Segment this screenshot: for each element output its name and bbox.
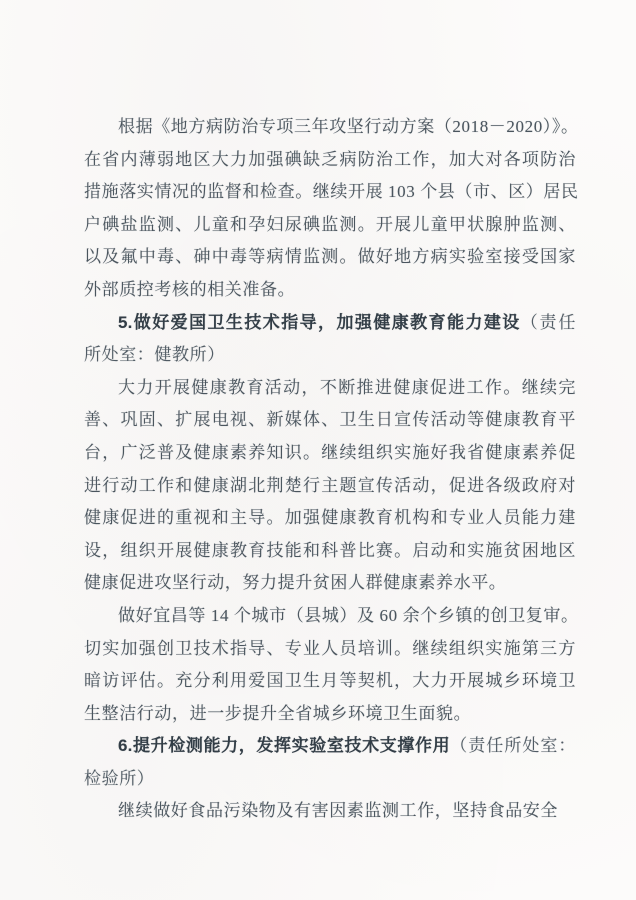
paragraph-food-safety-monitoring: 继续做好食品污染物及有害因素监测工作，坚持食品安全: [84, 795, 576, 828]
body-text: 健康促进攻坚行动，努力提升贫困人群健康素养水平。: [84, 573, 506, 592]
body-text: 切实加强创卫技术指导、专业人员培训。继续组织实施第三方: [84, 639, 576, 658]
section-heading-5: 5.做好爱国卫生技术指导，加强健康教育能力建设（责任所处室：健教所）: [84, 307, 576, 372]
body-text: 设，组织开展健康教育技能和科普比赛。启动和实施贫困地区: [84, 541, 576, 560]
body-text: 外部质控考核的相关准备。: [84, 280, 295, 299]
text-line: 检验所）: [84, 763, 576, 796]
text-line: 继续做好食品污染物及有害因素监测工作，坚持食品安全: [84, 795, 576, 828]
text-line: 进行动工作和健康湖北荆楚行主题宣传活动，促进各级政府对: [84, 470, 576, 503]
responsible-dept-text: 检验所）: [84, 769, 154, 788]
body-text: 户碘盐监测、儿童和孕妇尿碘监测。开展儿童甲状腺肿监测、: [84, 215, 576, 234]
body-text: 继续做好食品污染物及有害因素监测工作，坚持食品安全: [118, 801, 558, 820]
body-text: 做好宜昌等 14 个城市（县城）及 60 余个乡镇的创卫复审。: [118, 606, 579, 625]
section-heading-6: 6.提升检测能力，发挥实验室技术支撑作用（责任所处室：检验所）: [84, 730, 576, 795]
responsible-dept-text: 所处室：健教所）: [84, 345, 225, 364]
text-line: 所处室：健教所）: [84, 339, 576, 372]
text-line: 以及氟中毒、砷中毒等病情监测。做好地方病实验室接受国家: [84, 241, 576, 274]
body-text: 以及氟中毒、砷中毒等病情监测。做好地方病实验室接受国家: [84, 247, 576, 266]
scanned-document-page: 根据《地方病防治专项三年攻坚行动方案（2018－2020）》。在省内薄弱地区大力…: [0, 0, 636, 900]
paragraph-endemic-disease-prevention: 根据《地方病防治专项三年攻坚行动方案（2018－2020）》。在省内薄弱地区大力…: [84, 111, 576, 307]
text-line: 在省内薄弱地区大力加强碘缺乏病防治工作，加大对各项防治: [84, 144, 576, 177]
body-text: 生整洁行动，进一步提升全省城乡环境卫生面貌。: [84, 704, 471, 723]
paragraph-health-education: 大力开展健康教育活动，不断推进健康促进工作。继续完善、巩固、扩展电视、新媒体、卫…: [84, 372, 576, 600]
body-text: 善、巩固、扩展电视、新媒体、卫生日宣传活动等健康教育平: [84, 410, 576, 429]
text-line: 生整洁行动，进一步提升全省城乡环境卫生面貌。: [84, 698, 576, 731]
body-text: 根据《地方病防治专项三年攻坚行动方案（2018－2020）》。: [118, 117, 579, 136]
body-text: 进行动工作和健康湖北荆楚行主题宣传活动，促进各级政府对: [84, 476, 576, 495]
body-text: 措施落实情况的监督和检查。继续开展 103 个县（市、区）居民: [84, 182, 579, 201]
text-line: 健康促进的重视和主导。加强健康教育机构和专业人员能力建: [84, 502, 576, 535]
body-text: 在省内薄弱地区大力加强碘缺乏病防治工作，加大对各项防治: [84, 150, 576, 169]
responsible-dept-text: （责任: [521, 313, 576, 332]
body-text: 健康促进的重视和主导。加强健康教育机构和专业人员能力建: [84, 508, 576, 527]
heading-title-text: 5.做好爱国卫生技术指导，加强健康教育能力建设: [118, 313, 521, 332]
text-line: 5.做好爱国卫生技术指导，加强健康教育能力建设（责任: [84, 307, 576, 340]
text-line: 外部质控考核的相关准备。: [84, 274, 576, 307]
text-line: 措施落实情况的监督和检查。继续开展 103 个县（市、区）居民: [84, 176, 576, 209]
text-line: 善、巩固、扩展电视、新媒体、卫生日宣传活动等健康教育平: [84, 404, 576, 437]
heading-title-text: 6.提升检测能力，发挥实验室技术支撑作用: [118, 736, 450, 755]
document-content: 根据《地方病防治专项三年攻坚行动方案（2018－2020）》。在省内薄弱地区大力…: [84, 111, 576, 828]
text-line: 暗访评估。充分利用爱国卫生月等契机，大力开展城乡环境卫: [84, 665, 576, 698]
responsible-dept-text: （责任所处室：: [450, 736, 576, 755]
text-line: 6.提升检测能力，发挥实验室技术支撑作用（责任所处室：: [84, 730, 576, 763]
text-line: 大力开展健康教育活动，不断推进健康促进工作。继续完: [84, 372, 576, 405]
text-line: 户碘盐监测、儿童和孕妇尿碘监测。开展儿童甲状腺肿监测、: [84, 209, 576, 242]
text-line: 根据《地方病防治专项三年攻坚行动方案（2018－2020）》。: [84, 111, 576, 144]
body-text: 大力开展健康教育活动，不断推进健康促进工作。继续完: [118, 378, 576, 397]
body-text: 台，广泛普及健康素养知识。继续组织实施好我省健康素养促: [84, 443, 576, 462]
body-text: 暗访评估。充分利用爱国卫生月等契机，大力开展城乡环境卫: [84, 671, 576, 690]
paragraph-sanitation-city-review: 做好宜昌等 14 个城市（县城）及 60 余个乡镇的创卫复审。切实加强创卫技术指…: [84, 600, 576, 730]
text-line: 切实加强创卫技术指导、专业人员培训。继续组织实施第三方: [84, 633, 576, 666]
text-line: 设，组织开展健康教育技能和科普比赛。启动和实施贫困地区: [84, 535, 576, 568]
text-line: 做好宜昌等 14 个城市（县城）及 60 余个乡镇的创卫复审。: [84, 600, 576, 633]
text-line: 健康促进攻坚行动，努力提升贫困人群健康素养水平。: [84, 567, 576, 600]
text-line: 台，广泛普及健康素养知识。继续组织实施好我省健康素养促: [84, 437, 576, 470]
